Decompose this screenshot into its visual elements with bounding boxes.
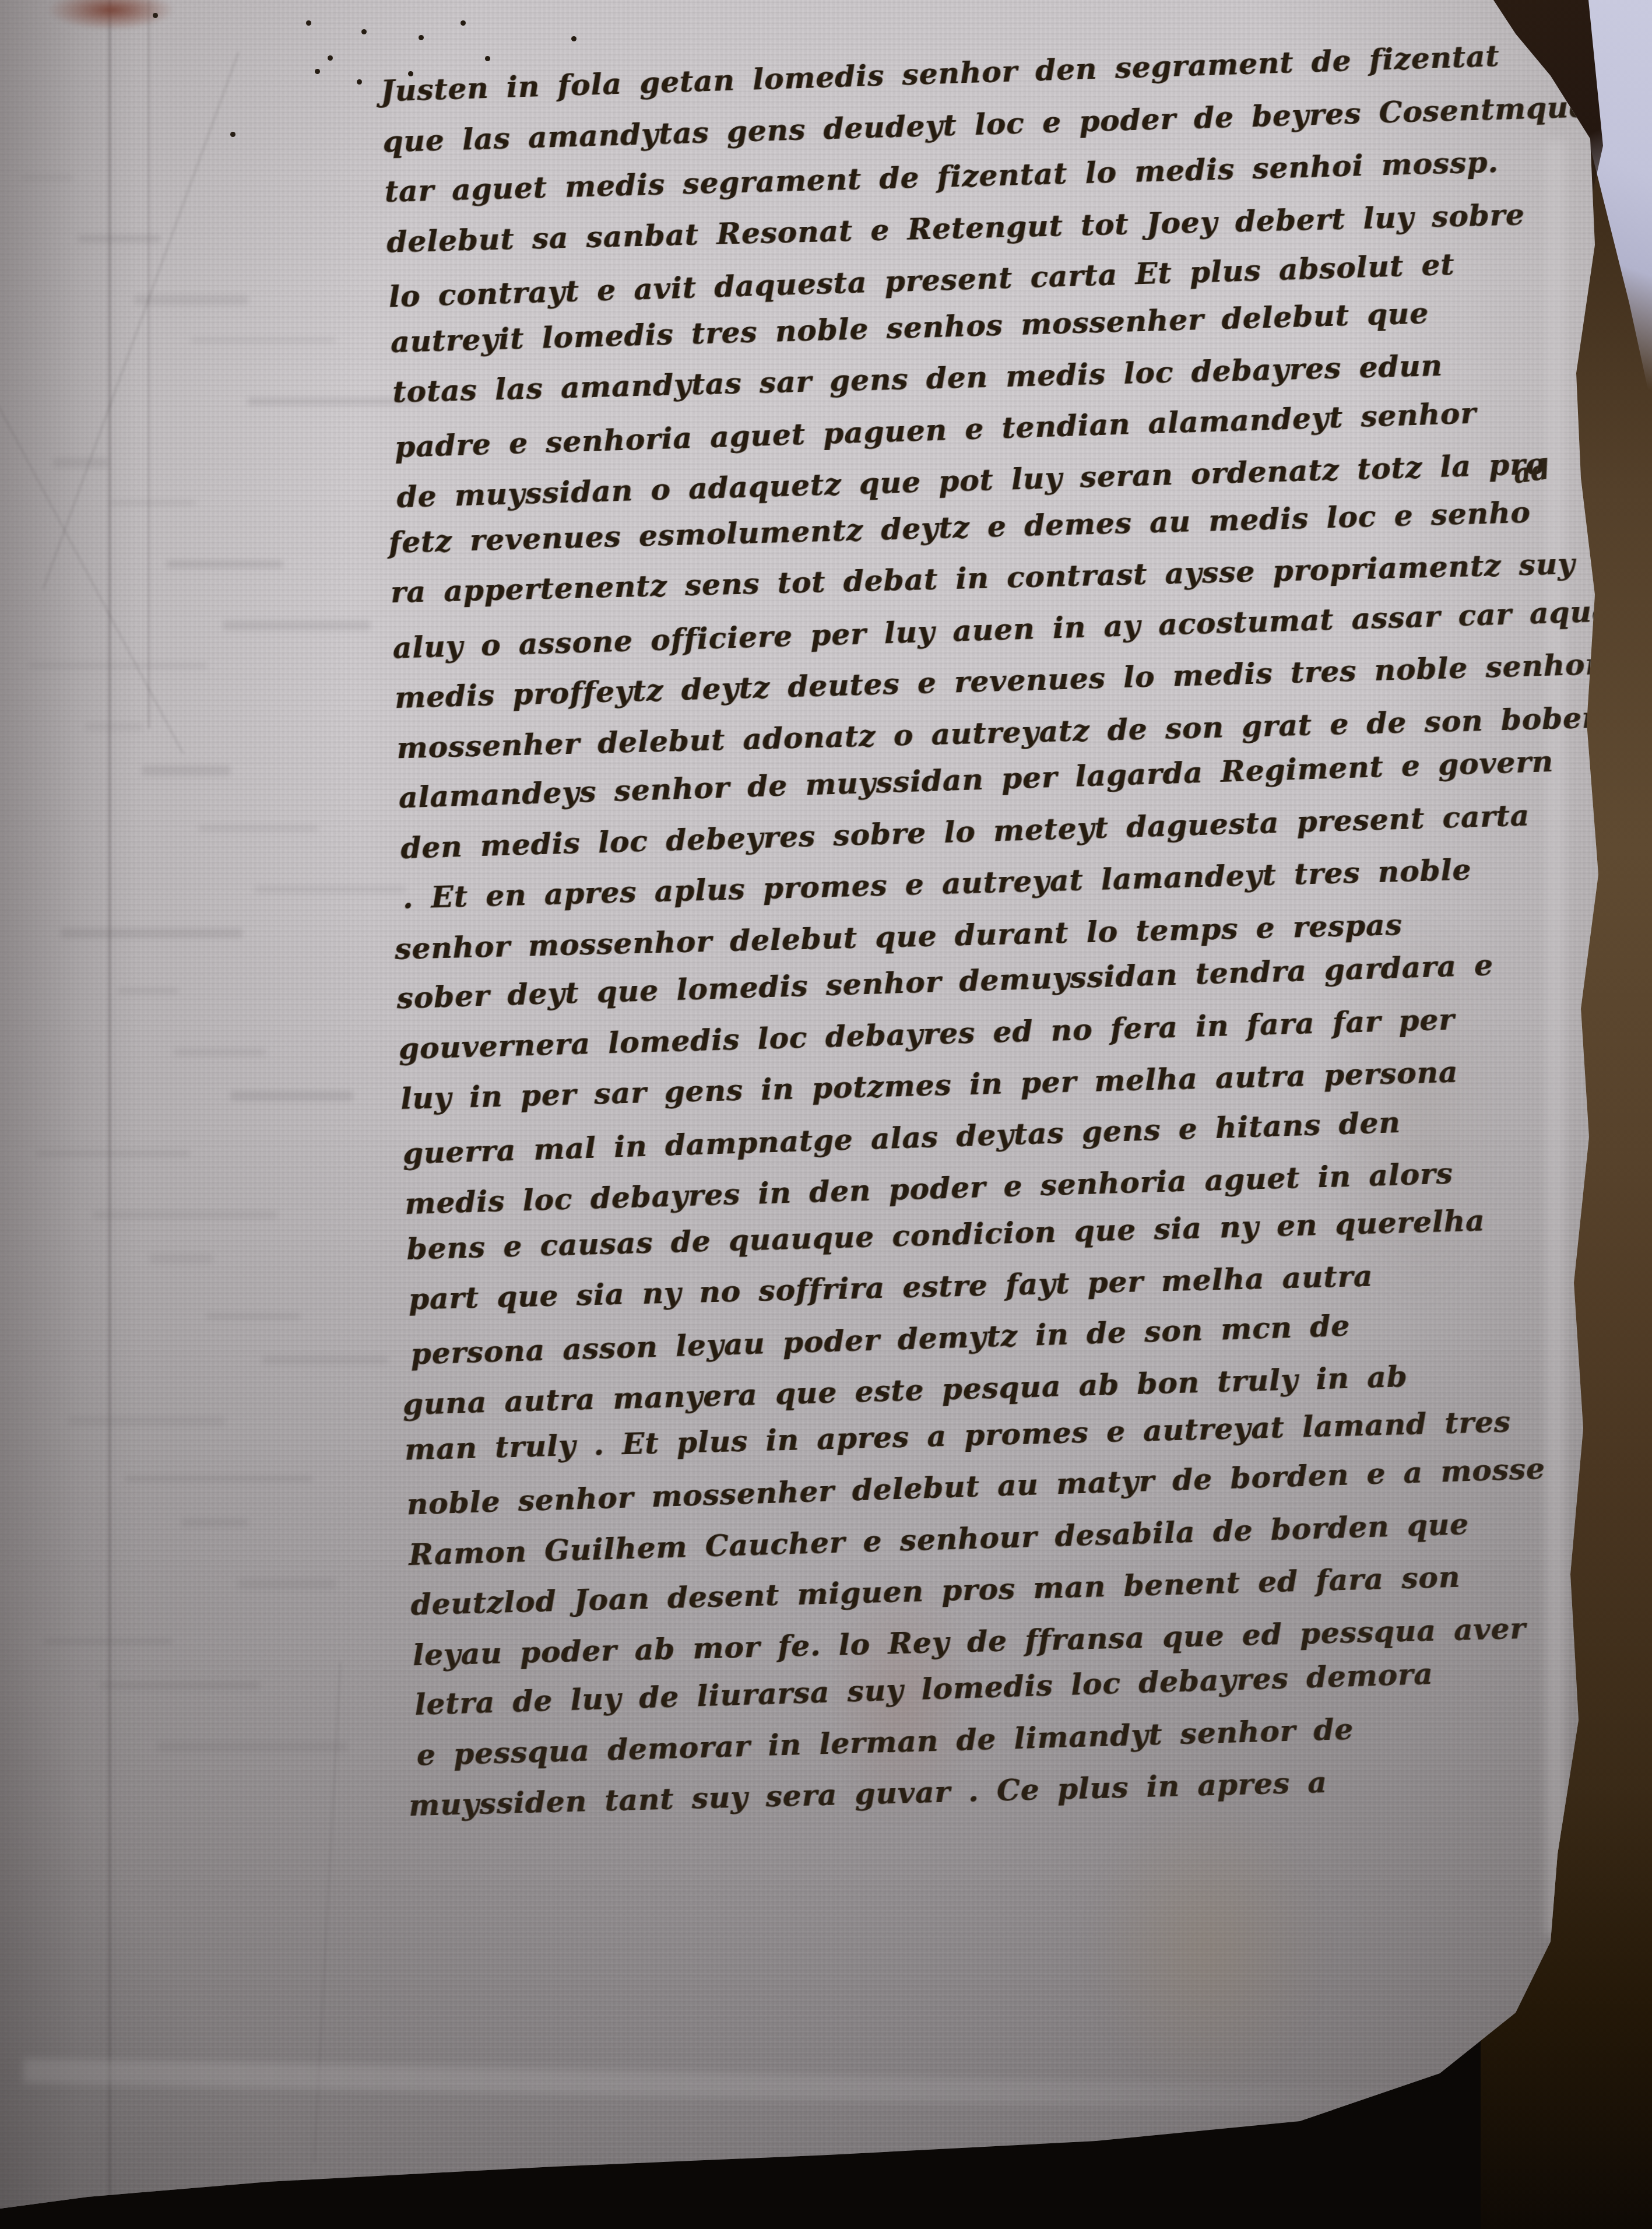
photo-vignette xyxy=(0,0,1652,2229)
manuscript-photo: Justen in fola getan lomedis senhor den … xyxy=(0,0,1652,2229)
manuscript-page: Justen in fola getan lomedis senhor den … xyxy=(0,0,1652,2229)
